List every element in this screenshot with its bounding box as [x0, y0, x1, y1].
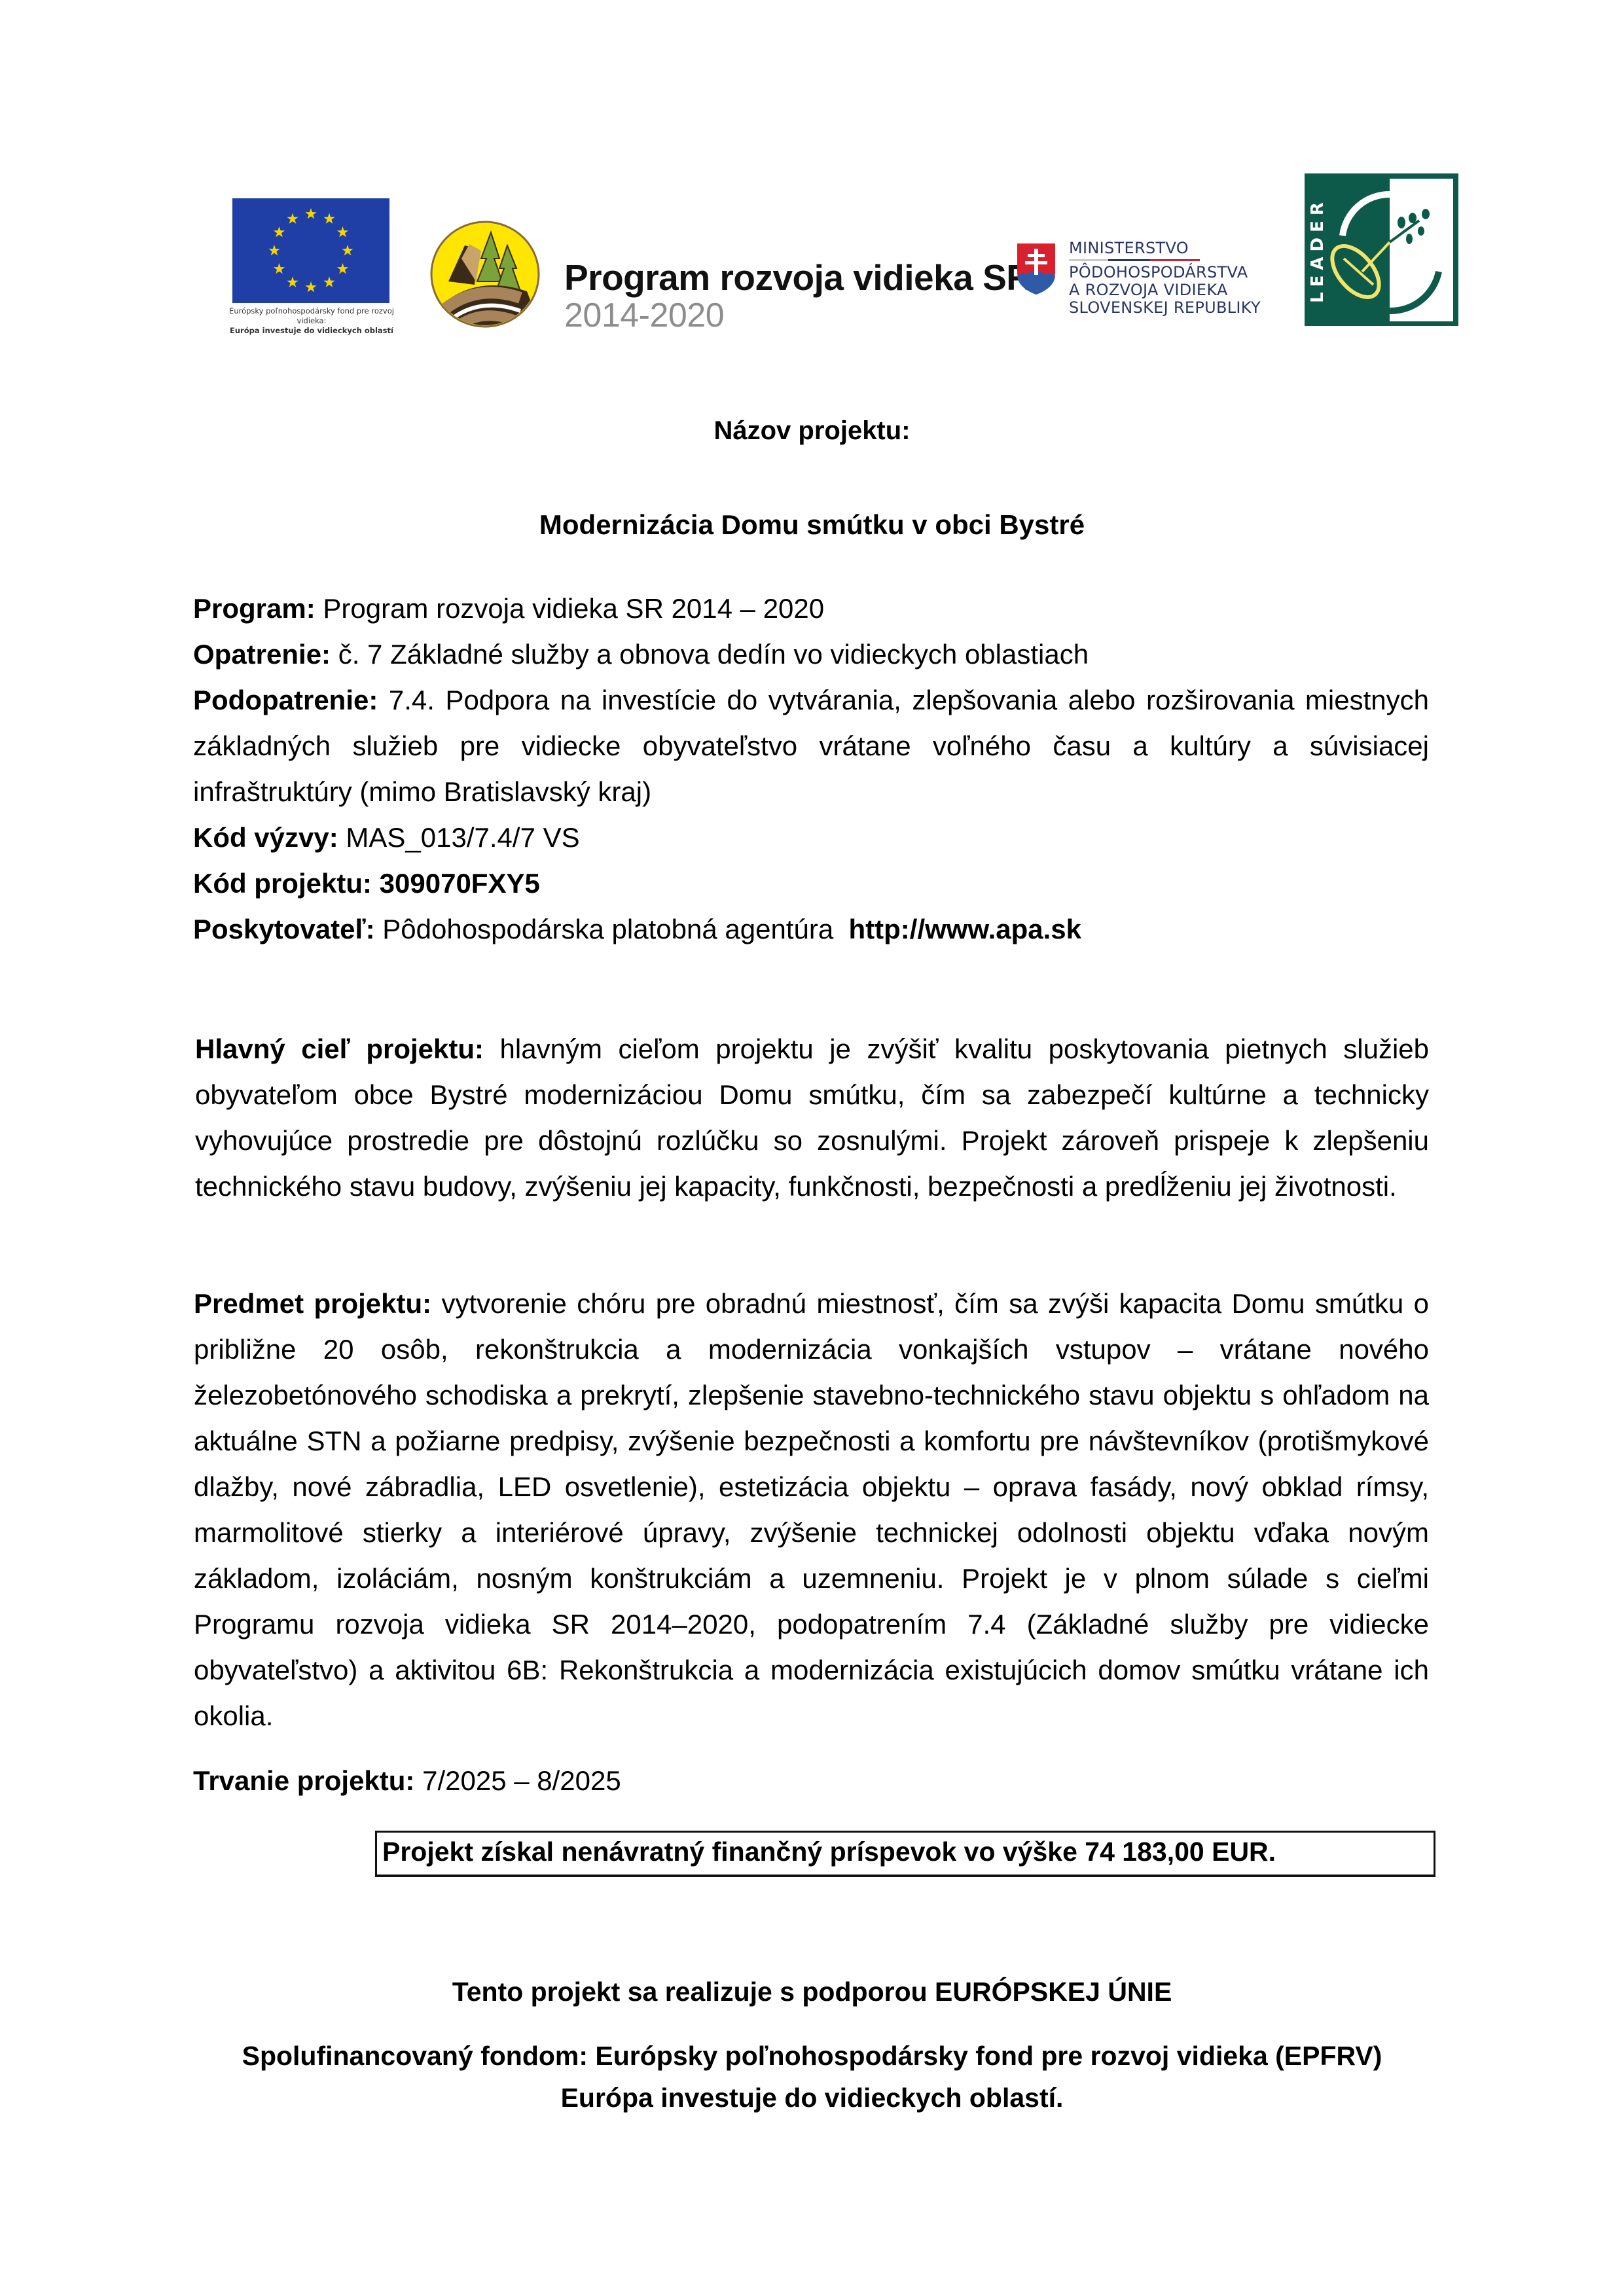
- funding-text: Projekt získal nenávratný finančný prísp…: [382, 1837, 1276, 1867]
- submeasure-label: Podopatrenie:: [193, 685, 378, 715]
- provider-label: Poskytovateľ:: [193, 914, 375, 944]
- project-info: Program: Program rozvoja vidieka SR 2014…: [193, 586, 1429, 952]
- project-title: Modernizácia Domu smútku v obci Bystré: [0, 509, 1624, 541]
- duration-value: 7/2025 – 8/2025: [414, 1765, 621, 1796]
- subject-label: Predmet projektu:: [194, 1288, 431, 1319]
- ministry-line3: A ROZVOJA VIDIEKA: [1069, 281, 1261, 299]
- measure-label: Opatrenie:: [193, 639, 331, 670]
- ministry-tricolor-rule: [1069, 259, 1200, 261]
- prv-logo-years: 2014-2020: [564, 296, 724, 335]
- project-code-label: Kód projektu:: [193, 868, 372, 899]
- provider-row: Poskytovateľ: Pôdohospodárska platobná a…: [193, 906, 1429, 952]
- eu-logo-caption: Európsky poľnohospodársky fond pre rozvo…: [213, 306, 410, 336]
- subject-text: vytvorenie chóru pre obradnú miestnosť, …: [194, 1288, 1429, 1731]
- slovak-coat-of-arms-icon: [1016, 242, 1056, 296]
- project-name-label: Názov projektu:: [0, 416, 1624, 446]
- project-goal: Hlavný cieľ projektu: hlavným cieľom pro…: [195, 1026, 1429, 1210]
- svg-text:LEADER: LEADER: [1308, 197, 1327, 303]
- footer-eu-support: Tento projekt sa realizuje s podporou EU…: [0, 1977, 1624, 2007]
- eu-caption-line1: Európsky poľnohospodársky fond pre rozvo…: [213, 306, 410, 326]
- eu-caption-line2: Európa investuje do vidieckych oblastí: [213, 326, 410, 336]
- submeasure-value: 7.4. Podpora na investície do vytvárania…: [193, 685, 1429, 807]
- measure-value: č. 7 Základné služby a obnova dedín vo v…: [331, 639, 1089, 670]
- project-code-value: 309070FXY5: [372, 868, 540, 899]
- project-subject: Predmet projektu: vytvorenie chóru pre o…: [194, 1281, 1429, 1739]
- project-code-row: Kód projektu: 309070FXY5: [193, 861, 1429, 906]
- leader-logo-icon: LEADER: [1305, 173, 1458, 326]
- ministry-logo-text: MINISTERSTVO PÔDOHOSPODÁRSTVA A ROZVOJA …: [1069, 240, 1261, 317]
- duration-label: Trvanie projektu:: [193, 1765, 414, 1796]
- measure-row: Opatrenie: č. 7 Základné služby a obnova…: [193, 632, 1429, 677]
- goal-label: Hlavný cieľ projektu:: [195, 1033, 484, 1064]
- footer-slogan: Európa investuje do vidieckych oblastí.: [0, 2083, 1624, 2113]
- ministry-line1: MINISTERSTVO: [1069, 240, 1261, 257]
- funding-box: Projekt získal nenávratný finančný prísp…: [375, 1831, 1435, 1877]
- call-code-row: Kód výzvy: MAS_013/7.4/7 VS: [193, 815, 1429, 861]
- submeasure-row: Podopatrenie: 7.4. Podpora na investície…: [193, 677, 1429, 815]
- program-label: Program:: [193, 593, 316, 624]
- prv-emblem-icon: [429, 219, 541, 329]
- ministry-line4: SLOVENSKEJ REPUBLIKY: [1069, 299, 1261, 317]
- provider-value: Pôdohospodárska platobná agentúra: [375, 914, 849, 944]
- project-duration: Trvanie projektu: 7/2025 – 8/2025: [193, 1758, 1429, 1804]
- call-code-value: MAS_013/7.4/7 VS: [338, 822, 580, 853]
- eu-flag-icon: [232, 198, 389, 303]
- program-value: Program rozvoja vidieka SR 2014 – 2020: [316, 593, 824, 624]
- prv-logo-title: Program rozvoja vidieka SR: [564, 257, 1032, 298]
- footer-cofinancing: Spolufinancovaný fondom: Európsky poľnoh…: [0, 2041, 1624, 2072]
- provider-url-link[interactable]: http://www.apa.sk: [849, 914, 1081, 944]
- ministry-line2: PÔDOHOSPODÁRSTVA: [1069, 264, 1261, 281]
- call-code-label: Kód výzvy:: [193, 822, 338, 853]
- program-row: Program: Program rozvoja vidieka SR 2014…: [193, 586, 1429, 632]
